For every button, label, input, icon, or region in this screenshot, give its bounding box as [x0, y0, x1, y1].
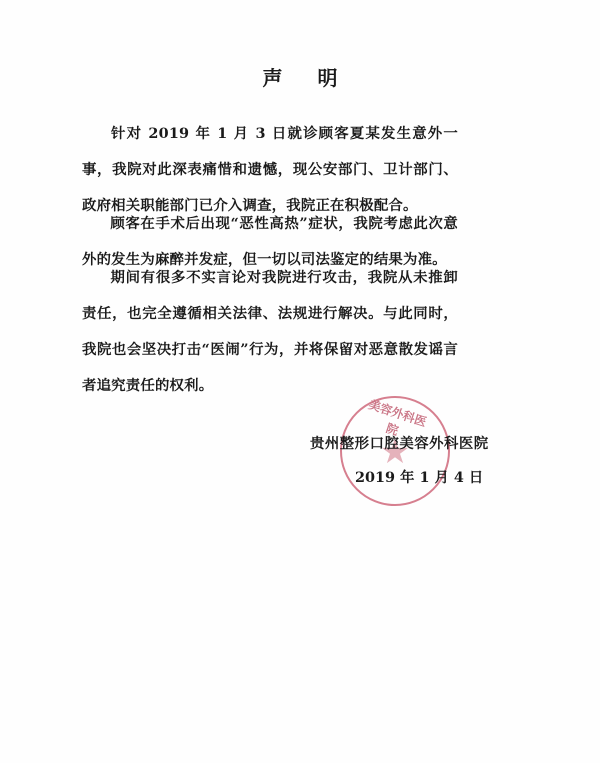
signature-date: 2019 年 1 月 4 日: [355, 466, 483, 487]
paragraph-1-text: 针对 2019 年 1 月 3 日就诊顾客夏某发生意外一事，我院对此深表痛惜和遗…: [82, 125, 458, 214]
signature: 贵州整形口腔美容外科医院: [310, 432, 489, 453]
paragraph-3-text: 期间有很多不实言论对我院进行攻击，我院从未推卸责任，也完全遵循相关法律、法规进行…: [82, 269, 458, 394]
paragraph-3: 期间有很多不实言论对我院进行攻击，我院从未推卸责任，也完全遵循相关法律、法规进行…: [82, 260, 458, 404]
page-title: 声 明: [0, 62, 600, 91]
